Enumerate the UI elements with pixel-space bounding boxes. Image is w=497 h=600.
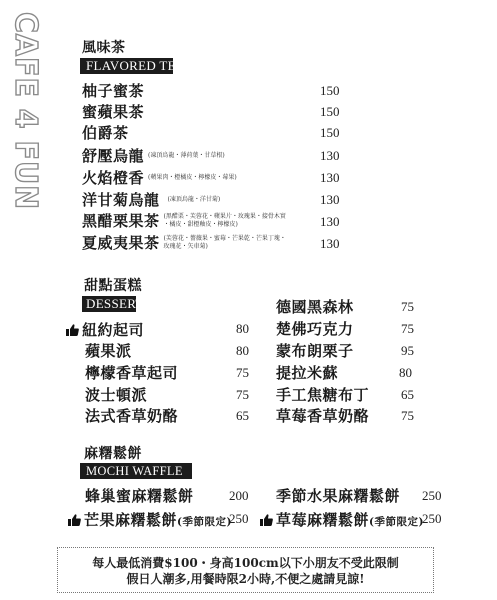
menu-item: 洋甘菊烏龍 (凍頂烏龍・洋甘菊) bbox=[82, 191, 220, 209]
item-ingredients: (芙蓉花・薔薇果・蜜莓・芒果乾・芒果丁塊・ bbox=[164, 235, 286, 243]
item-price: 130 bbox=[320, 147, 340, 165]
item-ingredients: (黑醋栗・芙蓉花・蘋果片・玫瑰果・接骨木實 bbox=[164, 213, 286, 221]
mochi-waffle-header-bar: MOCHI WAFFLE bbox=[80, 463, 192, 479]
cafe-4-fun-vertical-logo-icon: CAFE 4 FUN bbox=[8, 8, 48, 208]
menu-item: 舒壓烏龍 (凍頂烏龍・薄荷葉・甘草根) bbox=[82, 147, 225, 165]
item-name: 蘋果派 bbox=[85, 342, 132, 360]
item-name: 波士頓派 bbox=[85, 386, 147, 404]
mochi-waffle-title: 麻糬鬆餅 bbox=[84, 446, 142, 462]
item-name: 紐約起司 bbox=[82, 321, 144, 339]
item-name: 伯爵茶 bbox=[82, 124, 129, 142]
dessert-header-bar: DESSERT bbox=[82, 296, 136, 312]
item-price: 250 bbox=[422, 487, 442, 505]
item-name: 草莓麻糬鬆餅 bbox=[276, 511, 369, 529]
menu-item: 芒果麻糬鬆餅(季節限定) bbox=[68, 510, 232, 531]
menu-item: 火焰橙香 (蘋果肉・橙橘皮・檸檬皮・莓果) bbox=[82, 169, 237, 187]
notice-line-1: 每人最低消費$100・身高100cm以下小朋友不受此限制 bbox=[58, 555, 433, 571]
item-name: 季節水果麻糬鬆餅 bbox=[276, 487, 400, 505]
menu-item: 柚子蜜茶 bbox=[82, 82, 144, 100]
flavored-tea-title: 風味茶 bbox=[82, 40, 126, 56]
menu-item: 夏威夷果茶 (芙蓉花・薔薇果・蜜莓・芒果乾・芒果丁塊・ 玫瑰花・矢車菊) bbox=[82, 234, 286, 252]
item-name: 洋甘菊烏龍 bbox=[82, 191, 160, 209]
item-name: 夏威夷果茶 bbox=[82, 234, 160, 252]
item-price: 65 bbox=[236, 407, 249, 425]
item-price: 150 bbox=[320, 103, 340, 121]
flavored-tea-header-bar: FLAVORED TEA bbox=[80, 58, 173, 74]
item-price: 75 bbox=[401, 407, 414, 425]
item-ingredients-block: (芙蓉花・薔薇果・蜜莓・芒果乾・芒果丁塊・ 玫瑰花・矢車菊) bbox=[164, 235, 286, 251]
logo-text: CAFE 4 FUN bbox=[8, 12, 43, 208]
menu-item: 紐約起司 bbox=[66, 320, 144, 339]
item-price: 250 bbox=[229, 510, 249, 528]
item-ingredients-cont: ・橘皮・甜橙釉皮・檸檬皮) bbox=[164, 221, 286, 229]
item-name: 蒙布朗栗子 bbox=[276, 342, 354, 360]
thumbs-up-icon bbox=[68, 514, 81, 526]
thumbs-up-icon bbox=[260, 514, 273, 526]
item-price: 80 bbox=[236, 342, 249, 360]
item-name: 柚子蜜茶 bbox=[82, 82, 144, 100]
item-name: 楚佛巧克力 bbox=[276, 320, 354, 338]
item-name: 蜂巢蜜麻糬鬆餅 bbox=[85, 487, 194, 505]
item-price: 75 bbox=[236, 364, 249, 382]
item-seasonal-tag: (季節限定) bbox=[177, 516, 232, 528]
item-name: 蜜蘋果茶 bbox=[82, 103, 144, 121]
item-name: 法式香草奶酪 bbox=[85, 407, 178, 425]
item-ingredients-block: (黑醋栗・芙蓉花・蘋果片・玫瑰果・接骨木實 ・橘皮・甜橙釉皮・檸檬皮) bbox=[164, 213, 286, 229]
menu-item: 蜜蘋果茶 bbox=[82, 103, 144, 121]
dessert-title: 甜點蛋糕 bbox=[84, 278, 142, 294]
item-price: 95 bbox=[401, 342, 414, 360]
item-price: 75 bbox=[236, 386, 249, 404]
item-name: 火焰橙香 bbox=[82, 169, 144, 187]
item-price: 75 bbox=[401, 298, 414, 316]
item-price: 130 bbox=[320, 191, 340, 209]
item-name: 檸檬香草起司 bbox=[85, 364, 178, 382]
item-price: 150 bbox=[320, 82, 340, 100]
notice-box: 每人最低消費$100・身高100cm以下小朋友不受此限制 假日人潮多,用餐時限2… bbox=[57, 547, 434, 593]
item-seasonal-tag: (季節限定) bbox=[369, 516, 424, 528]
item-name: 德國黑森林 bbox=[276, 298, 354, 316]
item-price: 75 bbox=[401, 320, 414, 338]
item-price: 150 bbox=[320, 124, 340, 142]
item-price: 130 bbox=[320, 169, 340, 187]
notice-line-2: 假日人潮多,用餐時限2小時,不便之處請見諒! bbox=[58, 571, 433, 587]
cafe-4-fun-logo: CAFE 4 FUN bbox=[8, 8, 48, 208]
item-ingredients: (凍頂烏龍・洋甘菊) bbox=[168, 196, 221, 204]
item-name: 舒壓烏龍 bbox=[82, 147, 144, 165]
item-name: 手工焦糖布丁 bbox=[276, 386, 369, 404]
item-price: 250 bbox=[422, 510, 442, 528]
item-price: 130 bbox=[320, 235, 340, 253]
item-name: 提拉米蘇 bbox=[276, 364, 338, 382]
item-price: 130 bbox=[320, 213, 340, 231]
item-price: 80 bbox=[236, 320, 249, 338]
item-name: 芒果麻糬鬆餅 bbox=[84, 511, 177, 529]
item-ingredients: (凍頂烏龍・薄荷葉・甘草根) bbox=[148, 152, 225, 160]
item-ingredients-cont: 玫瑰花・矢車菊) bbox=[164, 243, 286, 251]
item-price: 200 bbox=[229, 487, 249, 505]
menu-item: 伯爵茶 bbox=[82, 124, 129, 142]
thumbs-up-icon bbox=[66, 324, 79, 336]
item-name: 黑醋栗果茶 bbox=[82, 212, 160, 230]
item-ingredients: (蘋果肉・橙橘皮・檸檬皮・莓果) bbox=[148, 174, 237, 182]
item-price: 65 bbox=[401, 386, 414, 404]
menu-item: 草莓麻糬鬆餅(季節限定) bbox=[260, 510, 424, 531]
item-name: 草莓香草奶酪 bbox=[276, 407, 369, 425]
menu-item: 黑醋栗果茶 (黑醋栗・芙蓉花・蘋果片・玫瑰果・接骨木實 ・橘皮・甜橙釉皮・檸檬皮… bbox=[82, 212, 286, 230]
item-price: 80 bbox=[399, 364, 412, 382]
